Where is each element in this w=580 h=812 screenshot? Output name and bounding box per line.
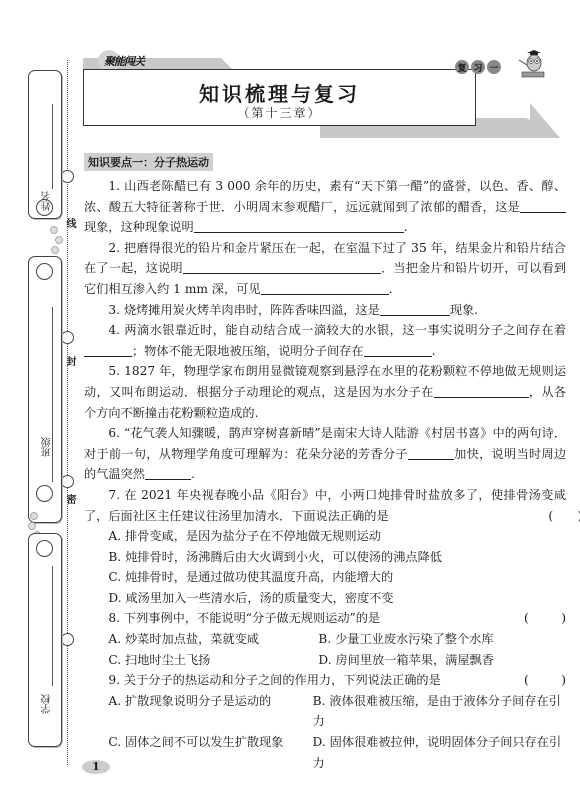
question-9: 9. 关于分子的热运动和分子之间的作用力，下列说法正确的是(): [84, 670, 566, 691]
class-label: 班级: [40, 437, 55, 457]
q8-option-d[interactable]: D. 房间里放一箱苹果，满屋飘香: [318, 650, 494, 671]
cut-word-xian: 线: [62, 218, 77, 228]
school-field-box[interactable]: 学校: [28, 533, 62, 747]
q7-option-b[interactable]: B. 炖排骨时，汤沸腾后由大火调到小火，可以使汤的沸点降低: [84, 547, 566, 568]
answer-blank[interactable]: [520, 199, 566, 213]
school-label: 学校: [40, 694, 55, 714]
review-badges: 复 习 一: [455, 60, 501, 74]
question-5: 5. 1827 年，物理学家布朗用显微镜观察到悬浮在水里的花粉颗粒不停地做无规则…: [84, 361, 566, 423]
bead-icon: [51, 246, 59, 254]
name-field-box[interactable]: 姓名: [28, 70, 62, 219]
badge-yi: 一: [487, 60, 501, 74]
badge-xi: 习: [471, 60, 485, 74]
question-1: 1. 山西老陈醋已有 3 000 余年的历史，素有“天下第一醋”的盛誉，以色、香…: [84, 176, 566, 238]
q9-option-a[interactable]: A. 扩散现象说明分子是运动的: [108, 691, 312, 732]
q8-option-c[interactable]: C. 扫地时尘土飞扬: [108, 650, 318, 671]
name-write-line: [52, 104, 53, 189]
answer-paren[interactable]: (): [524, 670, 566, 691]
q9-option-b[interactable]: B. 液体很难被压缩，是由于液体分子间存在引力: [313, 691, 566, 732]
answer-paren[interactable]: (): [524, 506, 566, 527]
answer-blank[interactable]: [84, 343, 132, 357]
q9-option-d[interactable]: D. 固体很难被拉伸，说明固体分子间只存在引力: [312, 732, 566, 773]
answer-blank[interactable]: [183, 260, 381, 274]
answer-blank[interactable]: [380, 302, 450, 316]
answer-blank[interactable]: [408, 446, 454, 460]
question-8: 8. 下列事例中，不能说明“分子做无规则运动”的是(): [84, 608, 566, 629]
bead-icon: [30, 512, 38, 520]
q7-option-a[interactable]: A. 排骨变咸，是因为盐分子在不停地做无规则运动: [84, 526, 566, 547]
question-list: 1. 山西老陈醋已有 3 000 余年的历史，素有“天下第一醋”的盛誉，以色、香…: [84, 176, 566, 773]
q9-option-c[interactable]: C. 固体之间不可以发生扩散现象: [108, 732, 312, 773]
page-subtitle: （第十三章）: [83, 104, 476, 121]
q8-option-a[interactable]: A. 炒菜时加点盐，菜就变咸: [108, 629, 318, 650]
bead-icon: [50, 226, 58, 234]
bead-icon: [28, 522, 36, 530]
section-heading: 知识要点一：分子热运动: [84, 153, 213, 171]
bead-icon: [55, 236, 63, 244]
answer-paren[interactable]: (): [524, 608, 566, 629]
question-7: 7. 在 2021 年央视春晚小品《阳台》中，小两口炖排骨时盐放多了，使排骨汤变…: [84, 485, 566, 526]
page-number: 1: [82, 760, 110, 774]
q8-options-row-1: A. 炒菜时加点盐，菜就变咸 B. 少量工业废水污染了整个水库: [84, 629, 566, 650]
ring-icon: [36, 199, 53, 216]
school-write-line: [52, 566, 53, 686]
question-3: 3. 烧烤摊用炭火烤羊肉串时，阵阵香味四溢，这是现象.: [84, 300, 566, 321]
answer-blank[interactable]: [364, 343, 432, 357]
q7-option-d[interactable]: D. 咸汤里加入一些清水后，汤的质量变大，密度不变: [84, 588, 566, 609]
question-6: 6. “花气袭人知骤暖，鹊声穿树喜新晴”是南宋大诗人陆游《村居书喜》中的两句诗．…: [84, 423, 566, 485]
punch-hole: [61, 331, 74, 344]
answer-blank[interactable]: [145, 466, 191, 480]
binding-margin: 线 封 密 姓名 班级 学校: [0, 0, 80, 812]
answer-blank[interactable]: [194, 219, 404, 233]
question-4: 4. 两滴水银靠近时，能自动结合成一滴较大的水银，这一事实说明分子之间存在着；物…: [84, 320, 566, 361]
page-title: 知识梳理与复习: [83, 78, 476, 107]
answer-blank[interactable]: [261, 281, 389, 295]
ring-icon: [36, 540, 53, 557]
cut-word-mi: 密: [62, 494, 77, 504]
header-shadow-corner: [530, 103, 560, 138]
owl-mascot-icon: [518, 48, 550, 80]
cut-word-feng: 封: [62, 356, 77, 366]
punch-hole: [61, 475, 74, 488]
punch-hole: [61, 633, 74, 646]
q7-option-c[interactable]: C. 炖排骨时，是通过做功使其温度升高，内能增大的: [84, 567, 566, 588]
ring-icon: [36, 263, 53, 280]
q9-options-row-2: C. 固体之间不可以发生扩散现象 D. 固体很难被拉伸，说明固体分子间只存在引力: [84, 732, 566, 773]
badge-fu: 复: [455, 60, 469, 74]
q8-options-row-2: C. 扫地时尘土飞扬 D. 房间里放一箱苹果，满屋飘香: [84, 650, 566, 671]
question-2: 2. 把磨得很光的铅片和金片紧压在一起，在室温下过了 35 年，结果金片和铅片结…: [84, 238, 566, 300]
class-field-box[interactable]: 班级: [28, 256, 62, 523]
q9-options-row-1: A. 扩散现象说明分子是运动的 B. 液体很难被压缩，是由于液体分子间存在引力: [84, 691, 566, 732]
punch-hole: [61, 170, 74, 183]
cut-line: [67, 60, 68, 765]
logo-text: 聚能闯关: [104, 53, 144, 69]
answer-blank[interactable]: [434, 384, 529, 398]
ring-icon: [36, 485, 53, 502]
q8-option-b[interactable]: B. 少量工业废水污染了整个水库: [318, 629, 493, 650]
